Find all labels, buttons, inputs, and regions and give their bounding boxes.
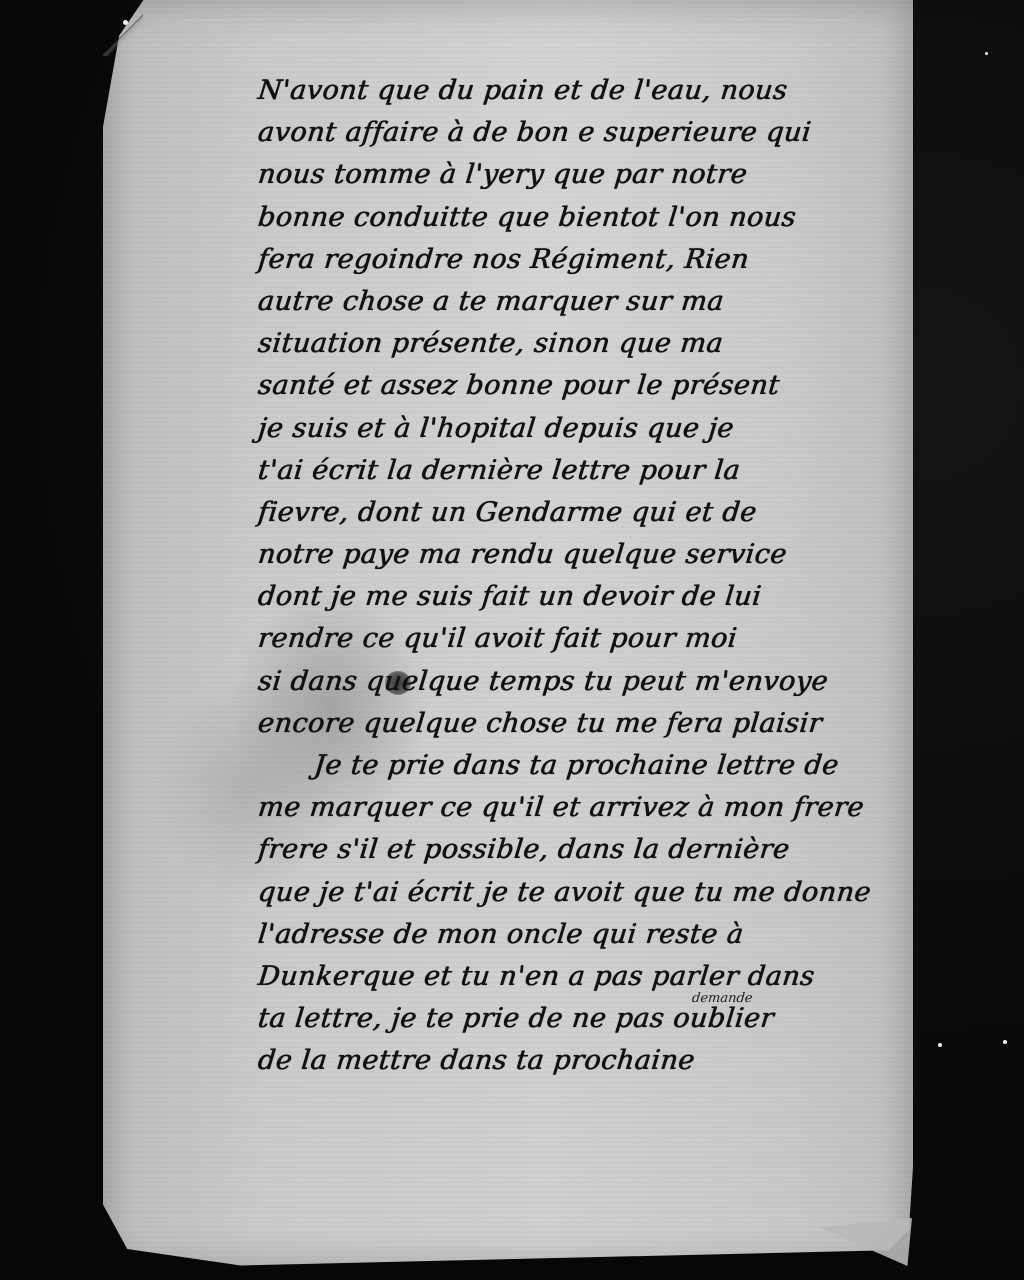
letter-line: rendre ce qu'il avoit fait pour moi xyxy=(256,618,920,660)
interlinear-insertion: demande xyxy=(691,991,753,1006)
dust-speck xyxy=(1003,1040,1007,1044)
dust-speck xyxy=(123,20,128,25)
dust-speck xyxy=(985,52,988,55)
letter-line: de la mettre dans ta prochaine xyxy=(256,1040,920,1082)
letter-line: l'adresse de mon oncle qui reste à xyxy=(256,914,920,956)
letter-line: ta lettre, je te prie de ne pas oublier xyxy=(256,998,920,1040)
dust-speck xyxy=(938,1043,942,1047)
letter-line: nous tomme à l'yery que par notre xyxy=(256,154,920,196)
letter-line: me marquer ce qu'il et arrivez à mon fre… xyxy=(256,787,920,829)
letter-line: frere s'il et possible, dans la dernière xyxy=(256,829,920,871)
letter-line-paragraph-start: Je te prie dans ta prochaine lettre de xyxy=(256,745,920,787)
letter-line: notre paye ma rendu quelque service xyxy=(256,534,920,576)
scanned-document: N'avont que du pain et de l'eau, nous av… xyxy=(0,0,1024,1280)
letter-line: t'ai écrit la dernière lettre pour la xyxy=(256,450,920,492)
letter-line: avont affaire à de bon e superieure qui xyxy=(256,112,920,154)
letter-line: encore quelque chose tu me fera plaisir xyxy=(256,703,920,745)
letter-line: bonne conduitte que bientot l'on nous xyxy=(256,197,920,239)
letter-line: Dunkerque et tu n'en a pas parler dans xyxy=(256,956,920,998)
letter-line: dont je me suis fait un devoir de lui xyxy=(256,576,920,618)
letter-line: santé et assez bonne pour le présent xyxy=(256,365,920,407)
letter-line: fera regoindre nos Régiment, Rien xyxy=(256,239,920,281)
letter-line: autre chose a te marquer sur ma xyxy=(256,281,920,323)
handwritten-letter-body: N'avont que du pain et de l'eau, nous av… xyxy=(258,70,918,1083)
letter-line: N'avont que du pain et de l'eau, nous xyxy=(256,70,920,112)
letter-line: si dans quelque temps tu peut m'envoye xyxy=(256,661,920,703)
letter-line: je suis et à l'hopital depuis que je xyxy=(256,408,920,450)
letter-line: situation présente, sinon que ma xyxy=(256,323,920,365)
letter-line: que je t'ai écrit je te avoit que tu me … xyxy=(256,872,920,914)
letter-line: fievre, dont un Gendarme qui et de xyxy=(256,492,920,534)
